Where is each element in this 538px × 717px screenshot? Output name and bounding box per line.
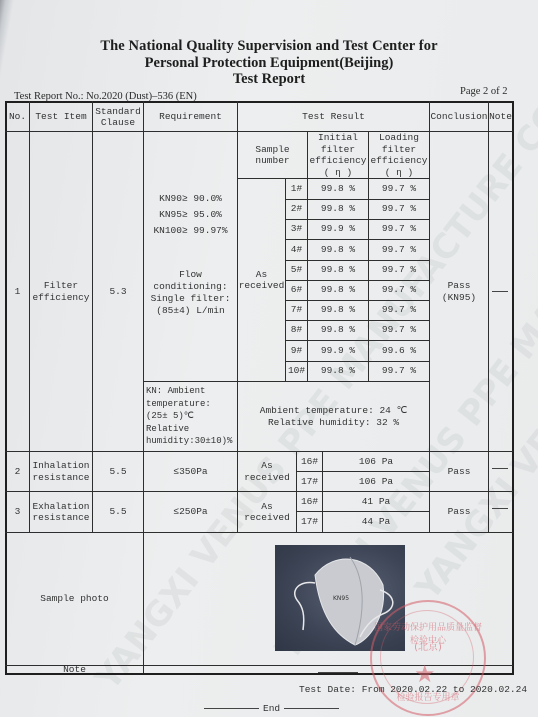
sample-initial-efficiency: 99.9 % [308,341,368,361]
sample-initial-efficiency: 99.8 % [308,260,368,280]
row3-test-item: Exhalation resistance [30,492,92,532]
sample-initial-efficiency: 99.8 % [308,199,368,219]
row2-conclusion: Pass [430,452,488,491]
sample-initial-efficiency: 99.8 % [308,280,368,300]
col-header-test-result: Test Result [238,103,429,131]
sample-id: 10# [286,361,307,381]
sample-id: 5# [286,260,307,280]
row1-no: 1 [6,132,29,451]
row2-requirement: ≤350Pa [144,452,237,491]
sample-photo-label: Sample photo [6,533,143,665]
row3-sample-id: 17# [297,512,322,532]
row2-clause: 5.5 [93,452,143,491]
row3-note-dash [492,508,508,509]
row3-sample-value: 41 Pa [323,492,429,511]
row3-condition: As received [238,492,296,532]
row1-ambient-result: Ambient temperature: 24 ℃ Relative humid… [238,382,429,451]
sample-initial-efficiency: 99.8 % [308,300,368,320]
end-marker: End [200,703,343,714]
col-header-standard-clause: Standard Clause [93,103,143,131]
note-label: Note [6,666,143,674]
sample-initial-efficiency: 99.8 % [308,361,368,381]
sample-initial-efficiency: 99.8 % [308,320,368,340]
sub-header-sample-number: Sample number [238,132,307,178]
sample-id: 9# [286,341,307,361]
note-dash [318,672,358,673]
col-header-requirement: Requirement [144,103,237,131]
test-date: Test Date: From 2020.02.22 to 2020.02.24 [299,684,527,695]
sample-initial-efficiency: 99.9 % [308,219,368,239]
svg-text:KN95: KN95 [333,595,349,602]
row2-note-dash [492,468,508,469]
seal-text-mid: (北京) [372,638,484,653]
row3-sample-value: 44 Pa [323,512,429,532]
sample-loading-efficiency: 99.7 % [369,260,429,280]
sample-initial-efficiency: 99.8 % [308,179,368,199]
sample-loading-efficiency: 99.7 % [369,361,429,381]
header-line-2: Personal Protection Equipment(Beijing) [0,55,538,72]
row2-condition: As received [238,452,296,491]
sample-loading-efficiency: 99.6 % [369,341,429,361]
col-header-conclusion: Conclusion [430,103,488,131]
sample-id: 2# [286,199,307,219]
row1-note-dash [492,291,508,292]
sample-loading-efficiency: 99.7 % [369,199,429,219]
official-seal: 国家劳动保护用品质量监督检验中心 (北京) ★ 检验报告专用章 [370,600,486,716]
report-title: Test Report [0,71,538,88]
sample-loading-efficiency: 99.7 % [369,280,429,300]
sample-loading-efficiency: 99.7 % [369,219,429,239]
row3-no: 3 [6,492,29,532]
sample-id: 6# [286,280,307,300]
test-report-page: YANGXI VENUS PPE MANUFACTURE CO., LTD. Y… [0,0,538,717]
sample-loading-efficiency: 99.7 % [369,179,429,199]
row1-test-item: Filter efficiency [30,132,92,451]
row1-conclusion: Pass (KN95) [430,132,488,451]
col-header-test-item: Test Item [30,103,92,131]
sample-id: 7# [286,300,307,320]
header-line-1: The National Quality Supervision and Tes… [0,38,538,55]
sample-loading-efficiency: 99.7 % [369,320,429,340]
row2-sample-id: 17# [297,472,322,491]
sample-id: 4# [286,240,307,260]
row1-condition: As received [238,179,285,381]
row2-no: 2 [6,452,29,491]
sample-loading-efficiency: 99.7 % [369,240,429,260]
col-header-no: No. [6,103,29,131]
row1-requirement-ambient: KN: Ambient temperature: (25± 5)℃ Relati… [146,382,238,451]
row3-clause: 5.5 [93,492,143,532]
sample-id: 8# [286,320,307,340]
sample-id: 1# [286,179,307,199]
row1-requirement-grades: KN90≥ 90.0% KN95≥ 95.0% KN100≥ 99.97% [144,190,237,240]
row2-sample-value: 106 Pa [323,452,429,471]
sub-header-initial-efficiency: Initial filter efficiency ( η ) [308,132,368,178]
end-label: End [263,703,280,714]
sample-loading-efficiency: 99.7 % [369,300,429,320]
row2-test-item: Inhalation resistance [30,452,92,491]
page-number: Page 2 of 2 [460,86,508,97]
sub-header-loading-efficiency: Loading filter efficiency ( η ) [369,132,429,178]
sample-initial-efficiency: 99.8 % [308,240,368,260]
sample-id: 3# [286,219,307,239]
row2-sample-id: 16# [297,452,322,471]
col-header-note: Note [489,103,512,131]
row2-sample-value: 106 Pa [323,472,429,491]
row3-sample-id: 16# [297,492,322,511]
row1-requirement-flow: Flow conditioning: Single filter: (85±4)… [144,268,237,318]
row1-clause: 5.3 [93,132,143,451]
row3-conclusion: Pass [430,492,488,532]
row3-requirement: ≤250Pa [144,492,237,532]
